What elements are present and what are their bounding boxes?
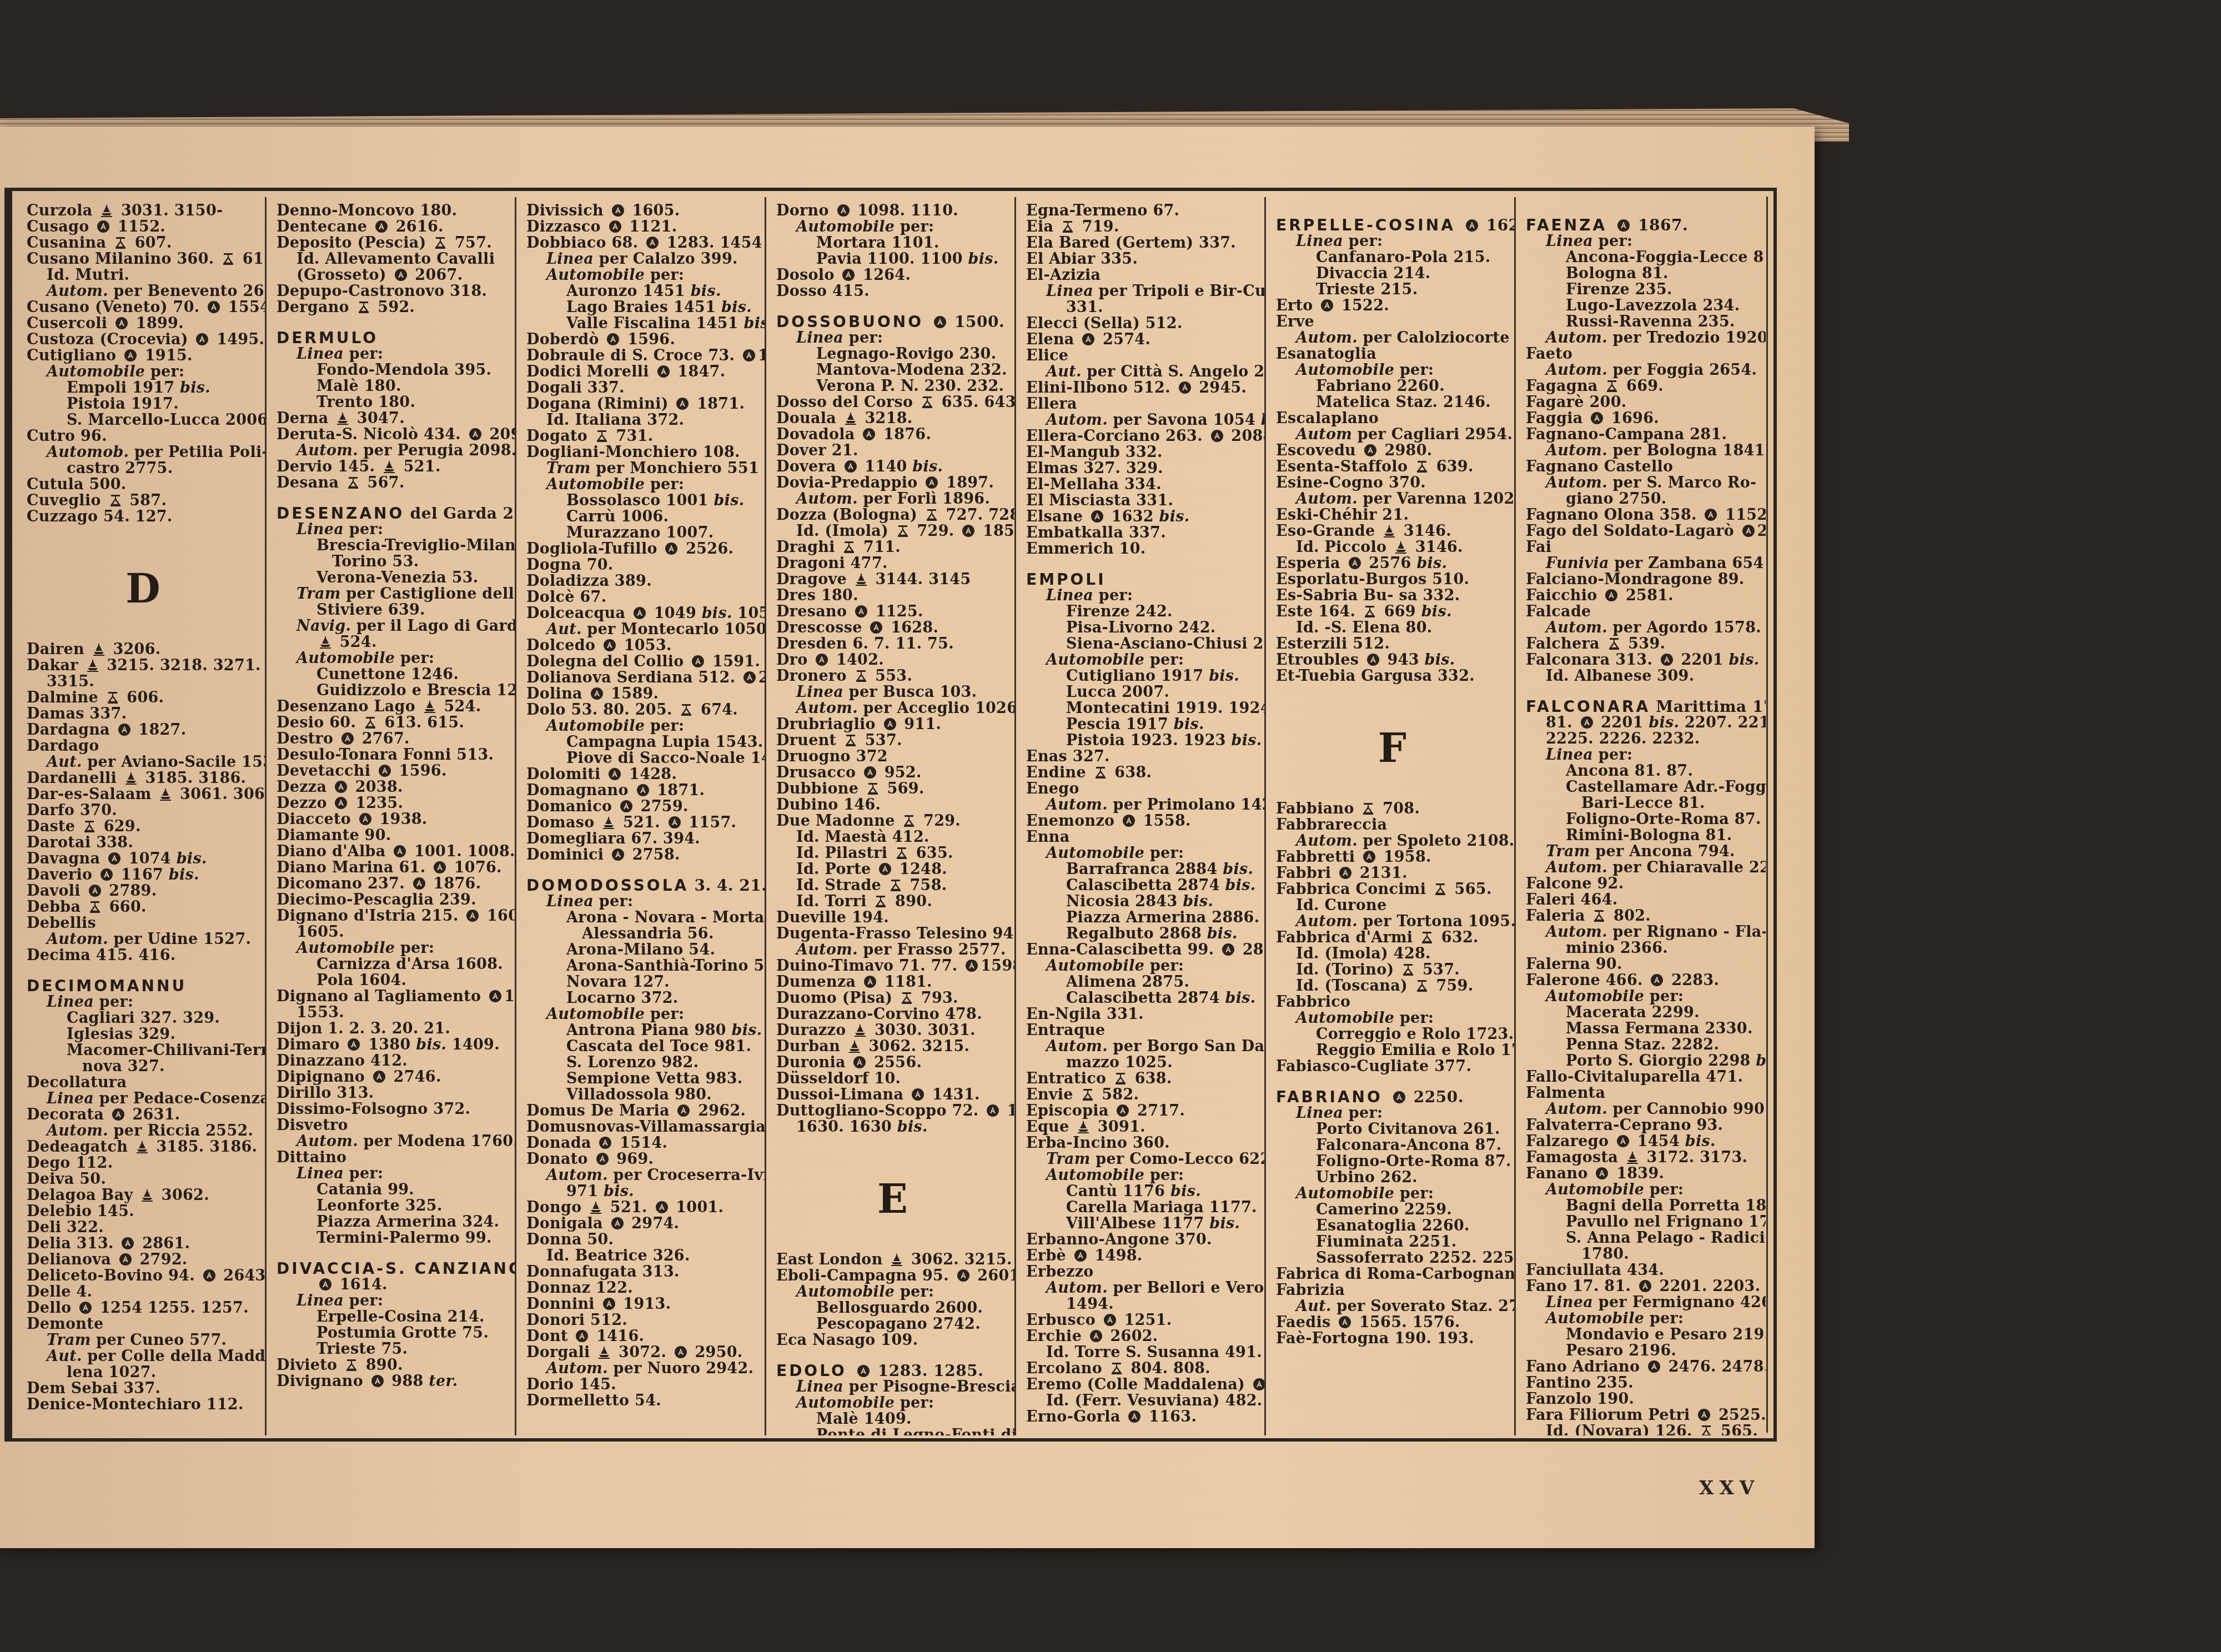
index-entry: Episcopia 2717. — [1026, 1103, 1259, 1119]
entry-text: Diamante 90. — [277, 827, 391, 844]
entry-text: Ellera-Corciano 263. — [1026, 428, 1208, 445]
automobile-service-icon — [1253, 1378, 1266, 1391]
index-entry: Fano Adriano 2476. 2478. — [1526, 1359, 1760, 1375]
entry-text: D — [125, 565, 160, 612]
entry-text: 2789. — [104, 882, 157, 900]
index-subentry: Navig. per il Lago di Garda — [277, 618, 509, 634]
entry-text: 2758. — [627, 846, 680, 863]
entry-text: 3146. — [1410, 539, 1463, 556]
entry-text: per Acceglio 1026. — [858, 700, 1016, 717]
index-destination: Carnizza d'Arsa 1608. — [277, 956, 509, 972]
index-entry: Este 164. 669 bis. — [1276, 604, 1509, 620]
automobile-service-icon — [207, 300, 220, 314]
service-type-label: Autom. — [1046, 1279, 1108, 1297]
entry-text: Debellis — [27, 915, 96, 932]
service-type-label: Aut. — [47, 754, 82, 771]
entry-text: 3215. 3218. 3271. 3314. — [102, 657, 267, 674]
index-continuation: nova 327. — [27, 1058, 259, 1074]
entry-text: Doberdò — [526, 331, 604, 348]
entry-text: Damas 337. — [27, 705, 127, 722]
index-entry: Dervio 145. 521. — [277, 459, 509, 475]
index-entry: Doberdò 1596. — [526, 332, 759, 348]
station-heading: FALCONARA Marittima 17. — [1526, 699, 1760, 715]
entry-text: Fai — [1526, 539, 1551, 556]
entry-text: Davagna — [27, 850, 105, 867]
entry-text: 524. — [439, 698, 481, 715]
entry-text: Faggia — [1526, 410, 1588, 427]
entry-text: Desenzano Lago — [277, 698, 421, 715]
navigation-ship-icon — [1077, 1120, 1090, 1133]
entry-text: 1596. — [394, 762, 447, 780]
index-entry: Deiva 50. — [27, 1171, 259, 1187]
service-type-label: Automobile — [546, 1006, 645, 1023]
index-entry: Dumenza 1181. — [776, 974, 1009, 990]
index-subentry: 3315. — [27, 674, 259, 690]
index-destination: Nicosia 2843 bis. — [1026, 893, 1259, 910]
entry-text: Deli 322. — [27, 1219, 104, 1236]
entry-text: 1605. — [297, 923, 344, 941]
index-destination: Legnago-Rovigo 230. — [776, 346, 1009, 362]
index-subentry: Id. Italiana 372. — [526, 412, 759, 428]
entry-text: Fantino 235. — [1526, 1374, 1634, 1392]
entry-text: 2581. — [1620, 587, 1674, 604]
automobile-service-icon — [611, 1217, 624, 1230]
entry-text: 952. — [879, 764, 922, 781]
entry-text: Dentecane — [277, 218, 373, 235]
service-type-label: Tram — [546, 460, 591, 477]
entry-text: Cutigliano — [27, 347, 122, 364]
index-destination: Novara 127. — [526, 974, 759, 990]
index-entry: Fano 17. 81. 2201. 2203. — [1526, 1278, 1760, 1294]
index-subentry: Automobile per: — [526, 1006, 759, 1022]
index-entry: Esporlatu-Burgos 510. — [1276, 571, 1509, 588]
entry-text: Donato — [526, 1151, 594, 1168]
index-subentry: Tram per Monchiero 551 bis. — [526, 460, 759, 476]
index-entry: Diano Marina 61. 1076. — [277, 860, 509, 876]
index-entry: Esanatoglia — [1276, 346, 1509, 362]
entry-text: 660. — [104, 898, 147, 916]
entry-text: Domaso — [526, 814, 600, 831]
index-destination: Reggio Emilia e Rolo 1722. — [1276, 1042, 1509, 1058]
automobile-service-icon — [599, 1136, 612, 1149]
service-type-label: Autom. — [1546, 619, 1607, 636]
entry-text: Bossolasco 1001 — [566, 492, 713, 509]
entry-text: 711. — [858, 539, 901, 556]
entry-text: Famagosta — [1526, 1149, 1624, 1166]
entry-text: 1254 1255. 1257. — [94, 1299, 249, 1317]
index-destination: minio 2366. — [1526, 940, 1760, 956]
service-type-label: Automobile — [1046, 957, 1144, 975]
index-destination: Montecatini 1919. 1924.1925. — [1026, 700, 1259, 716]
index-destination: Fabriano 2260. — [1276, 378, 1509, 394]
tramway-icon — [434, 236, 447, 249]
entry-text: per: — [1144, 651, 1184, 669]
index-entry: Fagarè 200. — [1526, 394, 1760, 410]
tramway-icon — [896, 524, 909, 538]
index-entry: Cutula 500. — [27, 476, 259, 493]
entry-text: Dongo — [526, 1199, 587, 1216]
index-subentry: Aut. per Città S. Angelo 2487. — [1026, 364, 1259, 380]
index-subentry: Id. Piccolo 3146. — [1276, 539, 1509, 555]
automobile-service-icon — [742, 349, 756, 362]
entry-text: Curzola — [27, 202, 98, 219]
entry-text: Dicomano 237. — [277, 875, 410, 892]
index-destination: Macomer-Chilivani-Terra- — [27, 1042, 259, 1058]
entry-text: Donigala — [526, 1215, 609, 1232]
entry-text: Eski-Chéhir 21. — [1276, 506, 1409, 524]
index-entry: Darotai 338. — [27, 835, 259, 851]
entry-text: Dar-es-Salaam — [27, 786, 157, 803]
index-destination: S. Anna Pelago - Radici — [1526, 1230, 1760, 1246]
service-type-label: Linea — [47, 1090, 94, 1107]
entry-text: Donada — [526, 1134, 596, 1152]
index-entry: En-Ngila 331. — [1026, 1006, 1259, 1022]
entry-text: Canfanaro-Pola 215. — [1316, 249, 1491, 266]
automobile-service-icon — [657, 365, 670, 378]
index-destination: Ancona 81. 87. — [1526, 763, 1760, 779]
entry-text: E — [877, 1175, 908, 1222]
service-type-label: Linea — [1046, 587, 1093, 604]
service-type-label: Linea — [796, 1378, 843, 1395]
station-heading: EMPOLI — [1026, 571, 1259, 588]
service-type-label: Linea — [796, 329, 843, 347]
index-subentry: Autom. per Benevento 2637. — [27, 283, 259, 299]
tramway-icon — [1420, 931, 1434, 944]
index-entry: Delagoa Bay 3062. — [27, 1187, 259, 1203]
entry-text: Calascibetta 2874 — [1066, 990, 1225, 1007]
entry-text: Divaccia 214. — [1316, 265, 1431, 282]
entry-text: 613. — [237, 250, 267, 268]
entry-text: Trieste 215. — [1316, 281, 1418, 298]
index-destination: Malè 1409. — [776, 1411, 1009, 1427]
index-subentry: Autom. per Udine 1527. — [27, 931, 259, 947]
index-entry: Dragove 3144. 3145 — [776, 571, 1009, 588]
automobile-service-icon — [112, 1108, 125, 1121]
index-destination: Mantova-Modena 232. — [776, 362, 1009, 378]
index-entry: Denno-Moncovo 180. — [277, 203, 509, 219]
navigation-ship-icon — [336, 411, 349, 425]
automobile-service-icon — [1393, 1091, 1406, 1104]
index-subentry: Automobile per: — [27, 364, 259, 380]
entry-text: Faicchio — [1526, 587, 1602, 604]
service-type-label: Tram — [297, 585, 341, 602]
index-entry: Fabbretti 1958. — [1276, 849, 1509, 865]
service-type-label: bis. — [1416, 555, 1447, 572]
index-entry: Divissich 1605. — [526, 203, 759, 219]
entry-text: Disvetro — [277, 1117, 348, 1134]
entry-text: 1780. — [1581, 1246, 1629, 1263]
index-entry: Dolo 53. 80. 205. 674. — [526, 702, 759, 718]
automobile-service-icon — [1339, 866, 1352, 880]
index-subentry: Automobile per: — [1276, 1010, 1509, 1026]
index-entry: Elena 2574. — [1026, 332, 1259, 348]
index-destination: Brescia-Treviglio-Milano- — [277, 538, 509, 554]
entry-text: Dimaro — [277, 1036, 345, 1053]
tramway-icon — [345, 1358, 358, 1372]
entry-text: Fara Filiorum Petri — [1526, 1407, 1695, 1424]
entry-text: Arona - Novara - Mortara - — [566, 909, 766, 926]
entry-text: per: — [344, 521, 383, 538]
index-subentry: Linea per: — [1526, 233, 1760, 249]
index-entry: Donnaz 122. — [526, 1280, 759, 1296]
entry-text: per: — [1593, 233, 1632, 250]
index-entry: Dego 112. — [27, 1155, 259, 1171]
entry-text: Fabbrica d'Armi — [1276, 929, 1418, 946]
index-entry: Fabrizia — [1276, 1282, 1509, 1298]
entry-text: per Tredozio 1920. — [1607, 329, 1766, 347]
index-entry: Dosso del Corso 635. 643. — [776, 394, 1009, 410]
station-heading: FABRIANO 2250. — [1276, 1089, 1509, 1105]
service-type-label: Linea — [297, 521, 344, 538]
entry-text: Dezzo — [277, 795, 332, 812]
entry-text: Reggio Emilia e Rolo 1722. — [1316, 1042, 1516, 1059]
automobile-service-icon — [466, 909, 479, 922]
automobile-service-icon — [1082, 333, 1095, 346]
entry-text: Dijon 1. 2. 3. 20. 21. — [277, 1020, 450, 1037]
entry-text: per Petilia Poli- — [129, 444, 267, 461]
index-entry: Duino-Timavo 71. 77. 1598 bis — [776, 958, 1009, 974]
entry-text: Cusercoli — [27, 315, 113, 332]
index-entry: Dizzasco 1121. — [526, 219, 759, 235]
service-type-label: Autom. — [546, 1360, 608, 1377]
entry-text: 1938. — [374, 811, 428, 828]
tramway-icon — [1700, 1424, 1713, 1435]
entry-text: Fabrizia — [1276, 1282, 1345, 1299]
entry-text: minio 2366. — [1566, 940, 1668, 957]
index-subentry: Linea per: — [277, 1293, 509, 1309]
entry-text: 565. — [1449, 881, 1492, 898]
entry-text: Denice-Montechiaro 112. — [27, 1396, 244, 1413]
index-entry: Desana 567. — [277, 475, 509, 491]
entry-text: Eso-Grande — [1276, 523, 1380, 540]
station-heading: DOSSOBUONO 1500. — [776, 314, 1009, 330]
entry-text: 1827. — [133, 721, 187, 739]
entry-text: per: — [145, 363, 184, 380]
index-subentry: Autom. per Varenna 1202 bis. — [1276, 491, 1509, 507]
index-entry: Duomo (Pisa) 793. — [776, 990, 1009, 1006]
automobile-service-icon — [636, 784, 650, 797]
navigation-ship-icon — [100, 204, 113, 217]
entry-text: Domanico — [526, 798, 617, 815]
index-entry: Entraque — [1026, 1022, 1259, 1038]
index-subentry: Automobile per: — [526, 476, 759, 493]
automobile-service-icon — [1074, 1249, 1087, 1262]
entry-text: 1852. — [977, 523, 1016, 540]
service-type-label: Automobile — [1296, 1010, 1394, 1027]
index-destination: Pescia 1917 bis. — [1026, 716, 1259, 732]
entry-text: Durazzano-Corvino 478. — [776, 1006, 982, 1023]
automobile-service-icon — [837, 204, 850, 217]
entry-text: 3062. — [156, 1187, 209, 1204]
automobile-service-icon — [1320, 299, 1334, 312]
index-destination: lena 1027. — [27, 1364, 259, 1380]
index-entry: Dogali 337. — [526, 380, 759, 396]
index-destination: Guidizzolo e Brescia 1243. — [277, 682, 509, 699]
entry-text: Bagni della Porretta 1827. — [1566, 1197, 1766, 1214]
index-subentry: Tram per Cuneo 577. — [27, 1332, 259, 1348]
index-entry: El Abiar 335. — [1026, 251, 1259, 267]
entry-text: 2717. — [1132, 1102, 1185, 1119]
entry-text: 2954 — [758, 669, 766, 686]
entry-text: Dervio 145. — [277, 458, 380, 475]
entry-text: 3218. — [860, 410, 913, 427]
entry-text: Cantù 1176 — [1066, 1183, 1170, 1200]
automobile-service-icon — [79, 1301, 92, 1314]
index-entry: Dello 1254 1255. 1257. — [27, 1300, 259, 1316]
entry-text: per Bologna 1841. — [1607, 442, 1766, 459]
automobile-service-icon — [1590, 411, 1604, 425]
entry-text: Id. Curone — [1296, 897, 1386, 914]
entry-text: per: — [1343, 233, 1383, 250]
index-subentry: Autom per Cagliari 2954. — [1276, 426, 1509, 443]
entry-text: 1248. — [894, 861, 947, 878]
automobile-service-icon — [1605, 589, 1618, 602]
index-destination: Cascata del Toce 981. — [526, 1038, 759, 1055]
index-entry: El-Mellaha 334. — [1026, 476, 1259, 493]
entry-text: per: — [1394, 361, 1434, 379]
index-destination: Correggio e Rolo 1723. — [1276, 1026, 1509, 1042]
index-entry: Dissimo-Folsogno 372. — [277, 1101, 509, 1117]
automobile-service-icon — [334, 780, 348, 794]
entry-text: Drusacco — [776, 764, 861, 781]
index-columns: Curzola 3031. 3150-Cusago 1152.Cusanina … — [17, 197, 1766, 1435]
index-destination: Matelica Staz. 2146. — [1276, 394, 1509, 410]
entry-text: Catania 99. — [316, 1181, 414, 1198]
entry-text: Elice — [1026, 347, 1068, 364]
navigation-ship-icon — [597, 1345, 611, 1359]
index-entry: Domaso 521. 1157. — [526, 815, 759, 831]
entry-text: 1924. — [1262, 732, 1266, 749]
service-type-label: Autom. — [1546, 859, 1607, 876]
entry-text: Barrafranca 2884 — [1066, 861, 1223, 878]
index-entry: Falconara 313. 2201 bis. — [1526, 652, 1760, 668]
index-subentry: Automobile per: — [526, 718, 759, 734]
entry-text: 567. — [362, 474, 405, 491]
entry-text: Esterzili 512. — [1276, 635, 1390, 652]
automobile-service-icon — [97, 220, 110, 233]
entry-text: Diecimo-Pescaglia 239. — [277, 891, 476, 908]
entry-text: 1558. — [1138, 812, 1191, 830]
automobile-service-icon — [602, 1297, 616, 1310]
index-subentry: Id. (Novara) 126. 565. — [1526, 1423, 1760, 1435]
entry-text: DIVACCIA-S. CANZIANO — [277, 1259, 516, 1278]
entry-text: Dolomiti — [526, 766, 606, 783]
entry-text: Domegliara 67. 394. — [526, 830, 700, 847]
index-column-4: Dorno 1098. 1110.Automobile per:Mortara … — [766, 197, 1016, 1435]
entry-text: 1876. — [878, 426, 931, 443]
entry-text: Enemonzo — [1026, 812, 1120, 830]
entry-text: Falvaterra-Ceprano 93. — [1526, 1117, 1723, 1134]
service-type-label: Automobile — [546, 717, 645, 735]
automobile-service-icon — [378, 764, 391, 777]
index-entry: Falciano-Mondragone 89. — [1526, 571, 1760, 588]
entry-text: 2945. — [1194, 379, 1247, 396]
entry-text: Falmenta — [1526, 1084, 1605, 1102]
index-entry: Destro 2767. — [277, 731, 509, 747]
entry-text: Id. Albanese 309. — [1546, 667, 1694, 685]
entry-text: Dubino 146. — [776, 796, 881, 814]
automobile-service-icon — [108, 852, 121, 865]
index-destination: Porto Civitanova 261. — [1276, 1121, 1509, 1137]
station-heading: DESENZANO del Garda 21. — [277, 505, 509, 521]
entry-text: Cascata del Toce 981. — [566, 1038, 751, 1055]
entry-text: Escovedu — [1276, 442, 1361, 459]
entry-text: S. Lorenzo 982. — [566, 1054, 699, 1071]
entry-text: Ela Bared (Gertem) 337. — [1026, 234, 1236, 252]
index-destination: Fondo-Mendola 395. — [277, 362, 509, 378]
index-destination: Piazza Armerina 2886. — [1026, 910, 1259, 926]
index-destination: Campagna Lupia 1543. — [526, 734, 759, 750]
entry-text: Ancona-Foggia-Lecce 81. — [1566, 249, 1766, 266]
automobile-service-icon — [1338, 1315, 1351, 1329]
index-entry: Domegliara 67. 394. — [526, 831, 759, 847]
service-type-label: Autom. — [1296, 913, 1358, 930]
index-entry: Davagna 1074 bis. — [27, 851, 259, 867]
index-subentry: Automobile per: — [1526, 988, 1760, 1005]
automobile-service-icon — [100, 868, 113, 881]
index-entry: Fara Filiorum Petri 2525. — [1526, 1407, 1760, 1423]
entry-text: 793. — [916, 990, 958, 1007]
entry-text: Vill'Albese 1177 — [1066, 1215, 1209, 1232]
entry-text: 1283. 1285. — [872, 1362, 984, 1380]
index-subentry: Id. (Imola) 729. 1852. — [776, 523, 1009, 539]
automobile-service-icon — [855, 605, 868, 618]
navigation-ship-icon — [855, 573, 868, 586]
station-heading: DIVACCIA-S. CANZIANO — [277, 1261, 509, 1277]
entry-text: 1098. 1110. — [852, 202, 959, 219]
entry-text: 3146. — [1398, 523, 1451, 540]
tramway-icon — [106, 691, 119, 704]
entry-text: Lucca 2007. — [1066, 684, 1169, 701]
entry-text: Carella Mariaga 1177. — [1066, 1199, 1257, 1216]
entry-text: 2131. — [1354, 865, 1408, 882]
entry-text: Fanano — [1526, 1165, 1593, 1182]
index-entry: Delianova 2792. — [27, 1252, 259, 1268]
entry-text: 1454 — [1632, 1133, 1685, 1150]
entry-text: 2476. 2478. — [1663, 1358, 1766, 1375]
index-subentry: Autom. per Croceserra-Ivrea — [526, 1167, 759, 1183]
automobile-service-icon — [844, 460, 857, 473]
index-continuation: Torino 53. — [277, 554, 509, 570]
entry-text: Fallo-Civitaluparella 471. — [1526, 1068, 1743, 1086]
entry-text: Deliceto-Bovino 94. — [27, 1267, 200, 1284]
index-subentry: Aut. per Soverato Staz. 2788. — [1276, 1298, 1509, 1314]
entry-text: Marittima 17. — [1650, 697, 1766, 716]
tramway-icon — [1401, 963, 1415, 976]
index-entry: Enas 327. — [1026, 749, 1259, 765]
tramway-icon — [874, 895, 887, 908]
index-entry: Dovadola 1876. — [776, 426, 1009, 443]
automobile-service-icon — [691, 655, 705, 668]
entry-text: per Spoleto 2108. — [1358, 832, 1515, 850]
entry-text: Cunettone 1246. — [316, 666, 459, 683]
index-destination: Falconara-Ancona 87. — [1276, 1137, 1509, 1153]
entry-text: Dozza (Bologna) — [776, 506, 923, 524]
entry-text: 1416. — [591, 1328, 644, 1345]
entry-text: Este 164. — [1276, 603, 1361, 620]
entry-text: 3047. — [351, 410, 405, 427]
entry-text: Siena-Asciano-Chiusi 245. — [1066, 635, 1266, 652]
entry-text: Eca Nasago 109. — [776, 1332, 918, 1349]
entry-text: Falerone 466. — [1526, 972, 1648, 989]
service-type-label: Automobile — [297, 940, 395, 957]
index-entry: Es-Sabria Bu- sa 332. — [1276, 588, 1509, 604]
index-entry: Cusago 1152. — [27, 219, 259, 235]
index-destination: Sempione Vetta 983. — [526, 1071, 759, 1087]
index-subentry: Linea per: — [1526, 747, 1760, 763]
entry-text: 2962. — [692, 1102, 746, 1119]
index-subentry: Automobile per: — [277, 940, 509, 956]
